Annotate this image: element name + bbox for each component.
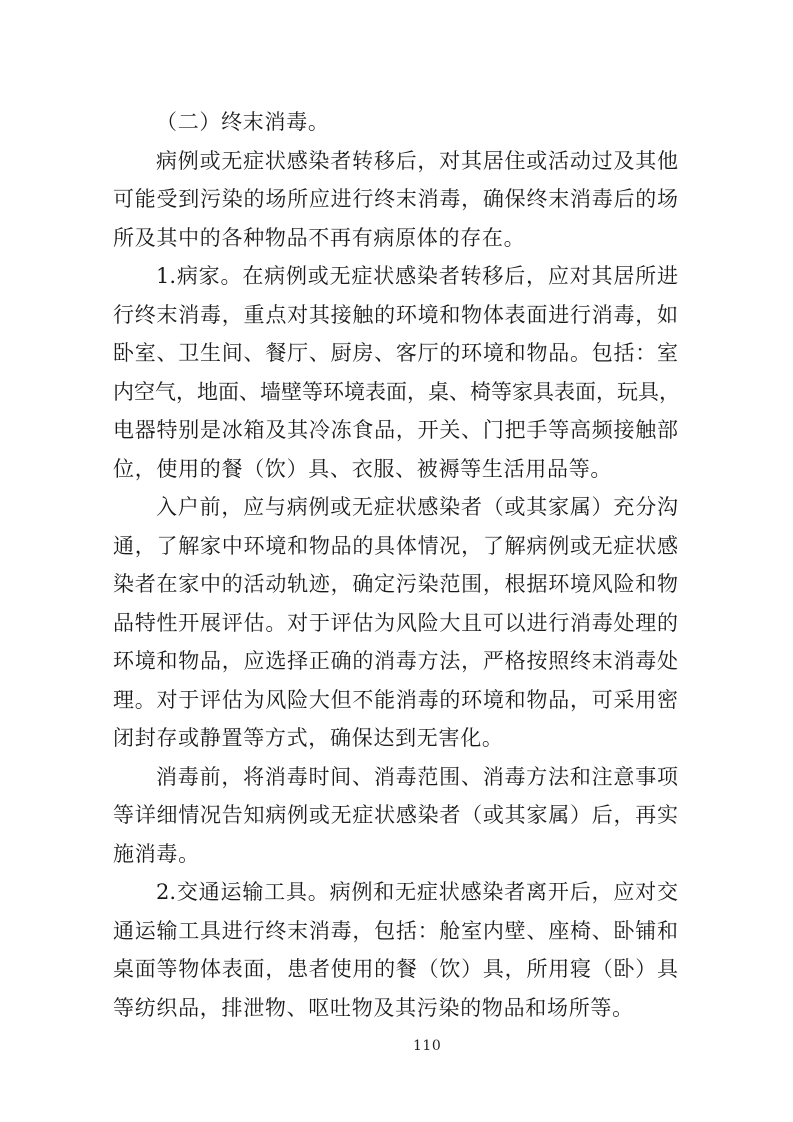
text-line: 消毒前，将消毒时间、消毒范围、消毒方法和注意事项 [113,758,678,797]
text-line: 内空气，地面、墙壁等环境表面，桌、椅等家具表面，玩具， [113,373,678,412]
document-page: （二）终末消毒。 病例或无症状感染者转移后，对其居住或活动过及其他可能受到污染的… [0,0,793,1122]
text-line: 环境和物品，应选择正确的消毒方法，严格按照终末消毒处 [113,642,678,681]
text-line: 通运输工具进行终末消毒，包括：舱室内壁、座椅、卧铺和 [113,912,678,951]
text-line: 电器特别是冰箱及其冷冻食品，开关、门把手等高频接触部 [113,411,678,450]
text-line: 行终末消毒，重点对其接触的环境和物体表面进行消毒，如 [113,296,678,335]
text-line: 染者在家中的活动轨迹，确定污染范围，根据环境风险和物 [113,565,678,604]
text-line: 1.病家。在病例或无症状感染者转移后，应对其居所进 [113,257,678,296]
text-line: 闭封存或静置等方式，确保达到无害化。 [113,719,678,758]
section-heading: （二）终末消毒。 [113,103,678,142]
text-line: 桌面等物体表面，患者使用的餐（饮）具，所用寝（卧）具 [113,950,678,989]
text-line: 等详细情况告知病例或无症状感染者（或其家属）后，再实 [113,796,678,835]
text-line: 卧室、卫生间、餐厅、厨房、客厅的环境和物品。包括：室 [113,334,678,373]
text-line: 施消毒。 [113,835,678,874]
text-line: 2.交通运输工具。病例和无症状感染者离开后，应对交 [113,873,678,912]
paragraph-list: 病例或无症状感染者转移后，对其居住或活动过及其他可能受到污染的场所应进行终末消毒… [113,142,678,1028]
text-line: 品特性开展评估。对于评估为风险大且可以进行消毒处理的 [113,604,678,643]
text-line: 理。对于评估为风险大但不能消毒的环境和物品，可采用密 [113,681,678,720]
document-body: （二）终末消毒。 病例或无症状感染者转移后，对其居住或活动过及其他可能受到污染的… [113,103,678,1027]
page-number: 110 [413,1038,441,1054]
text-line: 等纺织品，排泄物、呕吐物及其污染的物品和场所等。 [113,989,678,1028]
text-line: 入户前，应与病例或无症状感染者（或其家属）充分沟 [113,488,678,527]
text-line: 所及其中的各种物品不再有病原体的存在。 [113,219,678,258]
text-line: 位，使用的餐（饮）具、衣服、被褥等生活用品等。 [113,450,678,489]
text-line: 病例或无症状感染者转移后，对其居住或活动过及其他 [113,142,678,181]
text-line: 可能受到污染的场所应进行终末消毒，确保终末消毒后的场 [113,180,678,219]
text-line: 通，了解家中环境和物品的具体情况，了解病例或无症状感 [113,527,678,566]
